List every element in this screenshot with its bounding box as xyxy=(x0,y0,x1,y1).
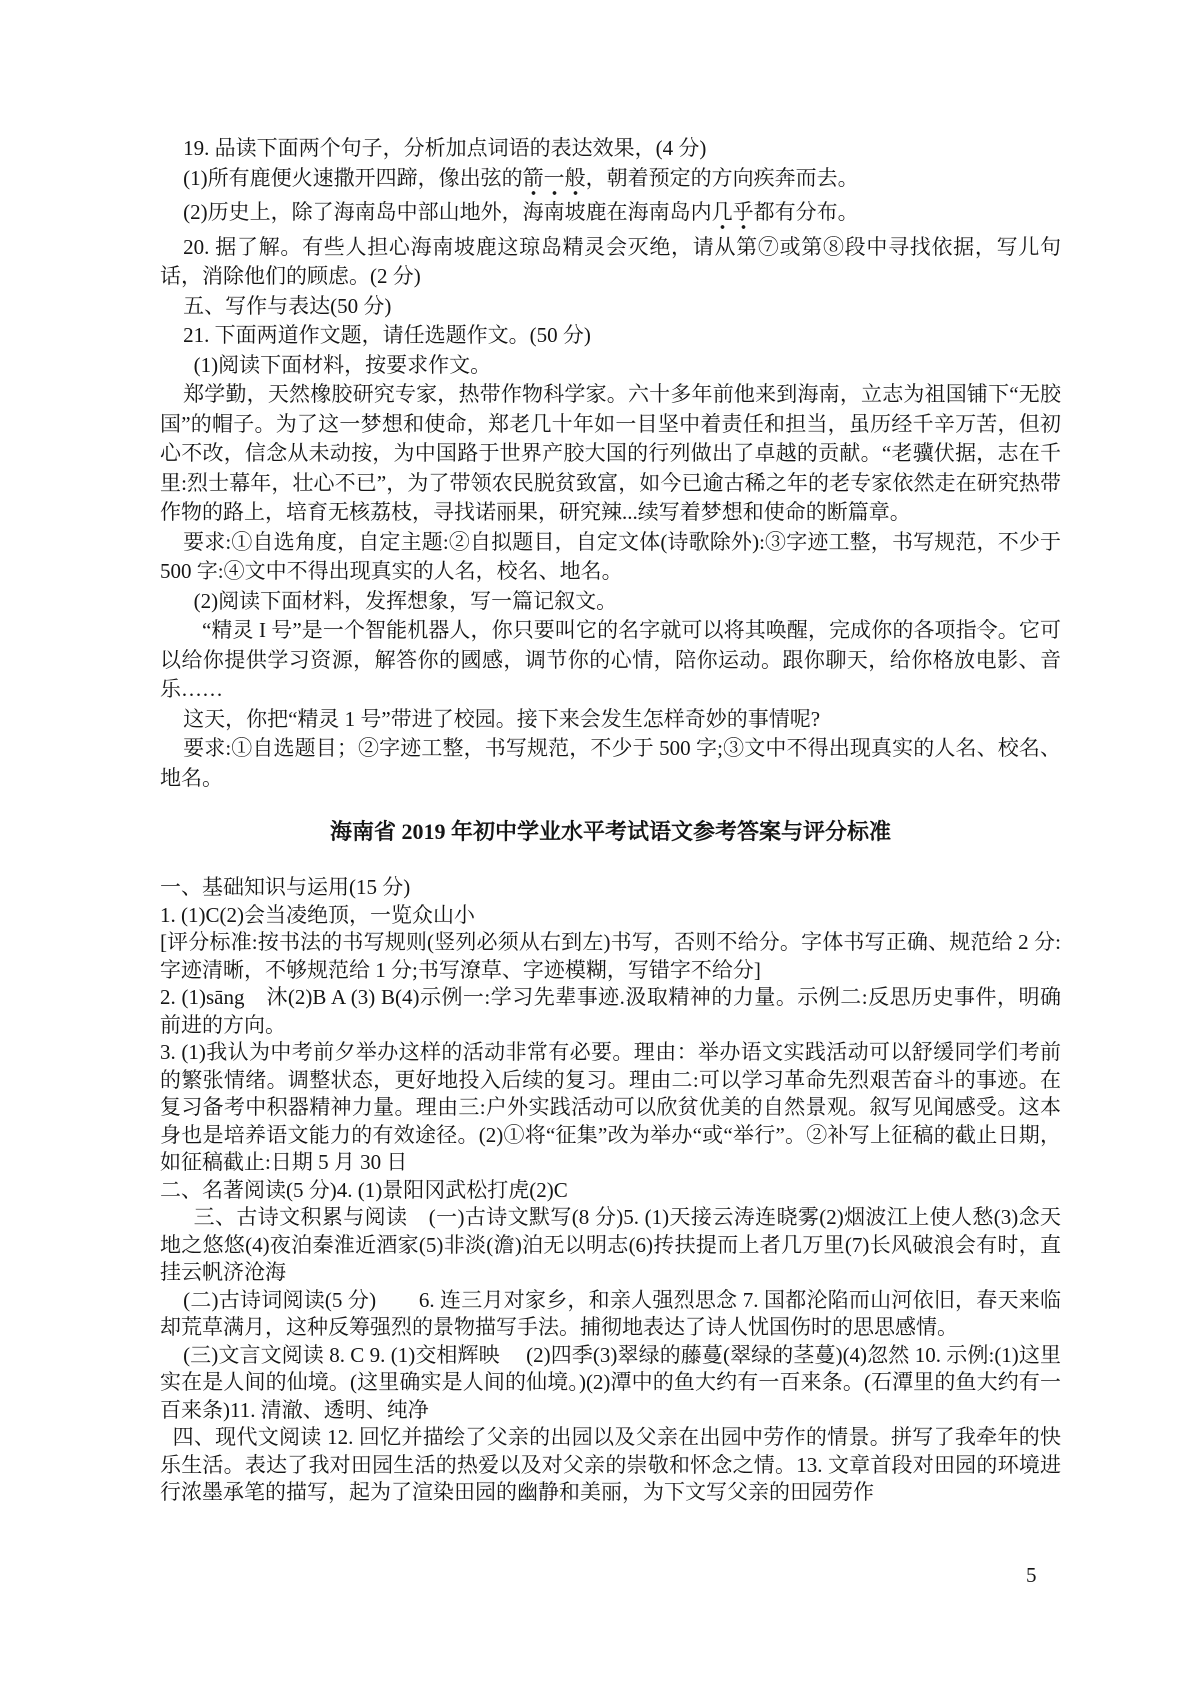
exam-questions-section: 19. 品读下面两个句子，分析加点词语的表达效果，(4 分) (1)所有鹿便火速… xyxy=(160,134,1061,793)
question-19-sentence-2: (2)历史上，除了海南岛中部山地外，海南坡鹿在海南岛内几乎都有分布。 xyxy=(160,198,1061,228)
essay-material-1: 郑学勤，天然橡胶研究专家，热带作物科学家。六十多年前他来到海南，立志为祖国铺下“… xyxy=(160,380,1061,528)
sentence-1-post: ，朝着预定的方向疾奔而去。 xyxy=(586,166,859,190)
answer-section-3-classical-reading: (三)文言文阅读 8. C 9. (1)交相辉映 (2)四季(3)翠绿的藤蔓(翠… xyxy=(160,1342,1061,1425)
sentence-2-post: 都有分布。 xyxy=(754,200,859,224)
answer-key-section: 一、基础知识与运用(15 分) 1. (1)C(2)会当凌绝顶，一览众山小 [评… xyxy=(160,874,1061,1507)
section-5-heading: 五、写作与表达(50 分) xyxy=(160,292,1061,322)
question-21: 21. 下面两道作文题，请任选题作文。(50 分) xyxy=(160,321,1061,351)
sentence-2-pre: (2)历史上，除了海南岛中部山地外，海南坡鹿在海南岛内 xyxy=(183,200,711,224)
question-21-option-1: (1)阅读下面材料，按要求作文。 xyxy=(160,351,1061,381)
answer-1-scoring-criteria: [评分标准:按书法的书写规则(竖列必须从右到左)书写，否则不给分。字体书写正确、… xyxy=(160,929,1061,984)
sentence-2-emphasized-word: 几乎 xyxy=(712,200,754,230)
answer-key-title: 海南省 2019 年初中学业水平考试语文参考答案与评分标准 xyxy=(160,817,1061,847)
essay-requirements-2: 要求:①自选题目；②字迹工整，书写规范，不少于 500 字;③文中不得出现真实的… xyxy=(160,734,1061,793)
question-21-option-2: (2)阅读下面材料，发挥想象，写一篇记叙文。 xyxy=(160,587,1061,617)
question-19: 19. 品读下面两个句子，分析加点词语的表达效果，(4 分) xyxy=(160,134,1061,164)
answer-section-3-default-writing: 三、古诗文积累与阅读 (一)古诗文默写(8 分)5. (1)天接云涛连晓雾(2)… xyxy=(160,1204,1061,1287)
answer-3: 3. (1)我认为中考前夕举办这样的活动非常有必要。理由：举办语文实践活动可以舒… xyxy=(160,1039,1061,1177)
sentence-1-pre: (1)所有鹿便火速撒开四蹄，像出弦的 xyxy=(183,166,523,190)
page-number: 5 xyxy=(1026,1563,1037,1588)
document-page: 19. 品读下面两个句子，分析加点词语的表达效果，(4 分) (1)所有鹿便火速… xyxy=(160,134,1061,1507)
answer-1: 1. (1)C(2)会当凌绝顶，一览众山小 xyxy=(160,902,1061,930)
essay-material-2-continued: 这天，你把“精灵 1 号”带进了校园。接下来会发生怎样奇妙的事情呢? xyxy=(160,705,1061,735)
essay-material-2: “精灵 I 号”是一个智能机器人，你只要叫它的名字就可以将其唤醒，完成你的各项指… xyxy=(160,616,1061,705)
answer-2: 2. (1)sāng 沐(2)B A (3) B(4)示例一:学习先辈事迹.汲取… xyxy=(160,984,1061,1039)
question-20: 20. 据了解。有些人担心海南坡鹿这琼岛精灵会灭绝，请从第⑦或第⑧段中寻找依据，… xyxy=(160,233,1061,292)
question-19-sentence-1: (1)所有鹿便火速撒开四蹄，像出弦的箭一般，朝着预定的方向疾奔而去。 xyxy=(160,164,1061,194)
essay-requirements-1: 要求:①自选角度，自定主题:②自拟题目，自定文体(诗歌除外):③字迹工整，书写规… xyxy=(160,528,1061,587)
sentence-1-emphasized-word: 箭一般 xyxy=(523,166,586,196)
answer-section-2: 二、名著阅读(5 分)4. (1)景阳冈武松打虎(2)C xyxy=(160,1177,1061,1205)
answer-section-3-poem-reading: (二)古诗词阅读(5 分) 6. 连三月对家乡，和亲人强烈思念 7. 国都沦陷而… xyxy=(160,1287,1061,1342)
answer-section-1-heading: 一、基础知识与运用(15 分) xyxy=(160,874,1061,902)
answer-section-4-modern-reading: 四、现代文阅读 12. 回忆并描绘了父亲的出园以及父亲在出园中劳作的情景。拼写了… xyxy=(160,1424,1061,1507)
